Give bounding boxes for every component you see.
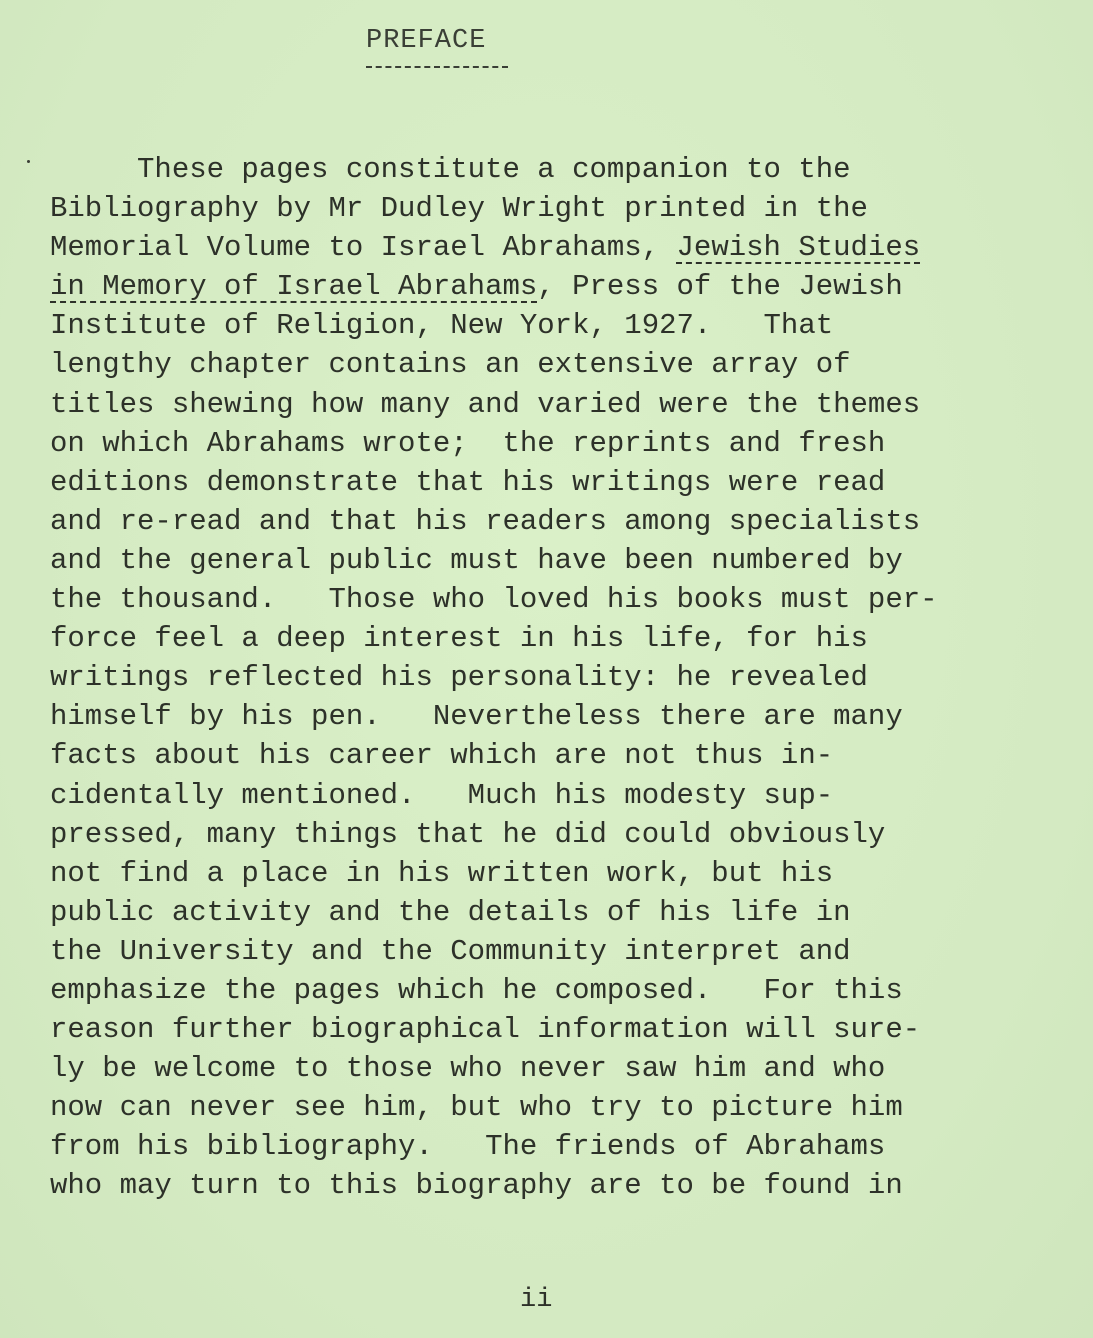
text-line: in Memory of Israel Abrahams, Press of t… — [50, 267, 1060, 306]
text-span: not find a place in his written work, bu… — [50, 857, 833, 890]
text-line: reason further biographical information … — [50, 1010, 1060, 1049]
text-line: titles shewing how many and varied were … — [50, 385, 1060, 424]
text-line: not find a place in his written work, bu… — [50, 854, 1060, 893]
text-span: who may turn to this biography are to be… — [50, 1169, 903, 1202]
text-span: reason further biographical information … — [50, 1013, 920, 1046]
text-span: and re-read and that his readers among s… — [50, 505, 920, 538]
text-line: facts about his career which are not thu… — [50, 736, 1060, 775]
text-span: emphasize the pages which he composed. F… — [50, 974, 903, 1007]
text-line: now can never see him, but who try to pi… — [50, 1088, 1060, 1127]
text-line: himself by his pen. Nevertheless there a… — [50, 697, 1060, 736]
preface-paragraph: These pages constitute a companion to th… — [50, 150, 1060, 1206]
text-span: , Press of the Jewish — [537, 270, 902, 303]
page-number: ii — [520, 1285, 552, 1315]
text-span: Memorial Volume to Israel Abrahams, — [50, 231, 677, 264]
text-span: Bibliography by Mr Dudley Wright printed… — [50, 192, 868, 225]
underlined-title: in Memory of Israel Abrahams — [50, 270, 537, 303]
text-line: from his bibliography. The friends of Ab… — [50, 1127, 1060, 1166]
text-line: pressed, many things that he did could o… — [50, 815, 1060, 854]
text-span: himself by his pen. Nevertheless there a… — [50, 700, 903, 733]
text-span: Institute of Religion, New York, 1927. T… — [50, 309, 833, 342]
text-line: ly be welcome to those who never saw him… — [50, 1049, 1060, 1088]
text-span: now can never see him, but who try to pi… — [50, 1091, 903, 1124]
text-line: public activity and the details of his l… — [50, 893, 1060, 932]
text-span: facts about his career which are not thu… — [50, 739, 833, 772]
text-span: lengthy chapter contains an extensive ar… — [50, 348, 851, 381]
text-span: the University and the Community interpr… — [50, 935, 851, 968]
text-line: Bibliography by Mr Dudley Wright printed… — [50, 189, 1060, 228]
typewritten-page: PREFACE These pages constitute a compani… — [0, 0, 1093, 1338]
text-line: cidentally mentioned. Much his modesty s… — [50, 776, 1060, 815]
text-line: and the general public must have been nu… — [50, 541, 1060, 580]
underlined-title: Jewish Studies — [677, 231, 921, 264]
text-line: emphasize the pages which he composed. F… — [50, 971, 1060, 1010]
page-heading: PREFACE — [366, 26, 486, 56]
text-line: who may turn to this biography are to be… — [50, 1166, 1060, 1205]
text-line: writings reflected his personality: he r… — [50, 658, 1060, 697]
text-line: editions demonstrate that his writings w… — [50, 463, 1060, 502]
text-span: from his bibliography. The friends of Ab… — [50, 1130, 885, 1163]
heading-underline — [366, 66, 508, 68]
margin-mark — [27, 160, 30, 163]
text-line: on which Abrahams wrote; the reprints an… — [50, 424, 1060, 463]
text-line: lengthy chapter contains an extensive ar… — [50, 345, 1060, 384]
text-line: the University and the Community interpr… — [50, 932, 1060, 971]
text-span: titles shewing how many and varied were … — [50, 388, 920, 421]
text-span: These pages constitute a companion to th… — [50, 153, 851, 186]
text-span: on which Abrahams wrote; the reprints an… — [50, 427, 885, 460]
text-span: public activity and the details of his l… — [50, 896, 851, 929]
text-line: These pages constitute a companion to th… — [50, 150, 1060, 189]
text-span: writings reflected his personality: he r… — [50, 661, 868, 694]
text-line: and re-read and that his readers among s… — [50, 502, 1060, 541]
text-span: editions demonstrate that his writings w… — [50, 466, 885, 499]
text-span: force feel a deep interest in his life, … — [50, 622, 868, 655]
text-span: cidentally mentioned. Much his modesty s… — [50, 779, 833, 812]
text-span: and the general public must have been nu… — [50, 544, 903, 577]
text-line: Memorial Volume to Israel Abrahams, Jewi… — [50, 228, 1060, 267]
text-span: the thousand. Those who loved his books … — [50, 583, 938, 616]
text-line: the thousand. Those who loved his books … — [50, 580, 1060, 619]
text-line: Institute of Religion, New York, 1927. T… — [50, 306, 1060, 345]
text-span: ly be welcome to those who never saw him… — [50, 1052, 885, 1085]
text-line: force feel a deep interest in his life, … — [50, 619, 1060, 658]
text-span: pressed, many things that he did could o… — [50, 818, 885, 851]
